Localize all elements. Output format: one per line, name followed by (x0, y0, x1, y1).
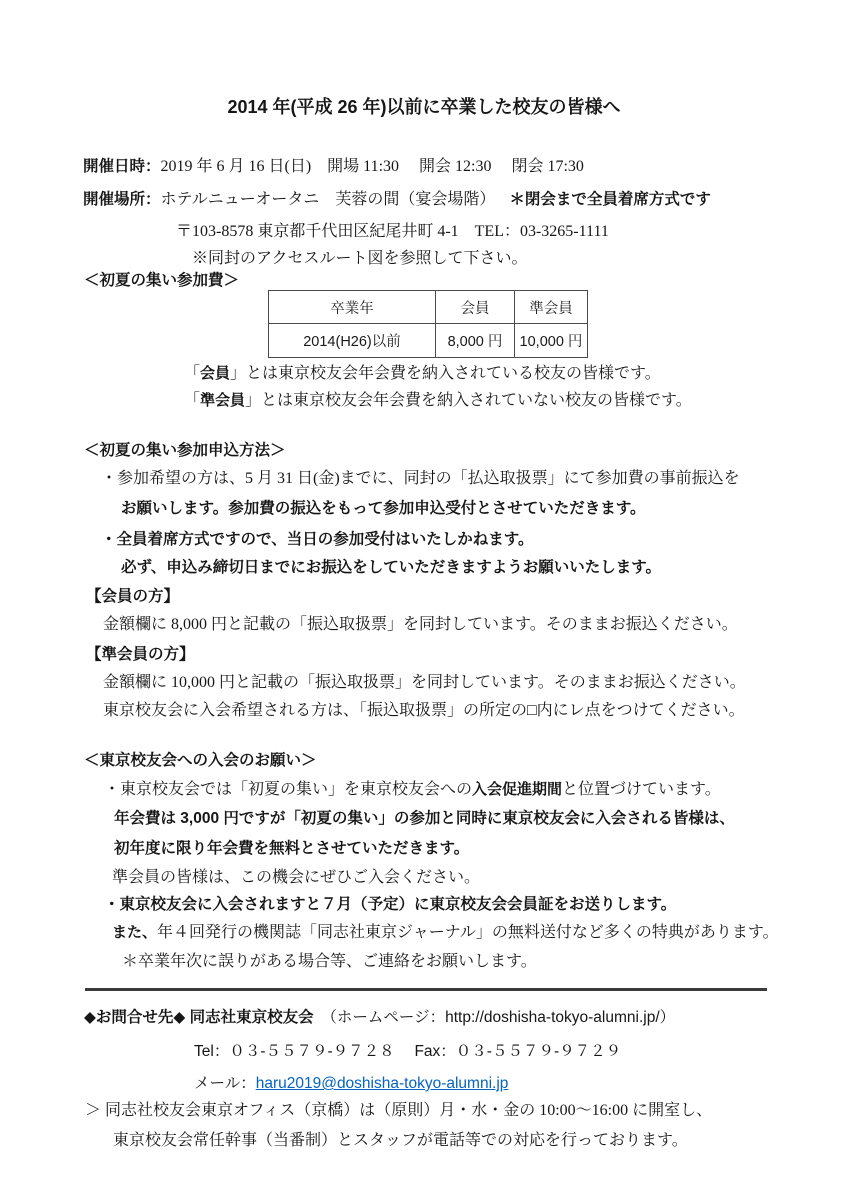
join-line-3: 初年度に限り年会費を無料とさせていただきます。 (114, 839, 469, 858)
join-line-6-rest: 年４回発行の機関誌「同志社東京ジャーナル」の無料送付など多くの特典があります。 (157, 924, 779, 941)
apply-section-heading: ＜初夏の集い参加申込方法＞ (84, 441, 286, 460)
join-section-heading: ＜東京校友会への入会のお願い＞ (84, 751, 317, 770)
office-hours-line-2: 東京校友会常任幹事（当番制）とスタッフが電話等での対応を行っております。 (113, 1131, 688, 1151)
contact-label: ◆お問合せ先◆ 同志社東京校友会 (84, 1009, 314, 1026)
fee-cell-graduation-year: 2014(H26)以前 (269, 324, 436, 358)
fee-section-heading: ＜初夏の集い参加費＞ (84, 271, 239, 290)
page-title: 2014 年(平成 26 年)以前に卒業した校友の皆様へ (0, 96, 848, 119)
event-seating-note: ＊閉会まで全員着席方式です (509, 191, 711, 208)
join-line-2: 年会費は 3,000 円ですが「初夏の集い」の参加と同時に東京校友会に入会される… (114, 809, 735, 828)
event-datetime-line: 開催日時：2019 年 6 月 16 日(日) 開場 11:30 開会 12:3… (83, 157, 584, 177)
event-place-line: 開催場所：ホテルニューオータニ 芙蓉の間（宴会場階）＊閉会まで全員着席方式です (83, 190, 711, 210)
event-place-value: ホテルニューオータニ 芙蓉の間（宴会場階） (161, 191, 496, 208)
member-body: 金額欄に 8,000 円と記載の「振込取扱票」を同封しています。そのままお振込く… (103, 615, 738, 635)
horizontal-divider (85, 988, 767, 991)
fee-table-header-member: 会員 (436, 291, 515, 324)
apply-line-1: ・参加希望の方は、5 月 31 日(金)までに、同封の「払込取扱票」にて参加費の… (101, 469, 740, 489)
join-line-7: ＊卒業年次に誤りがある場合等、ご連絡をお願いします。 (122, 952, 537, 972)
event-datetime-value: 2019 年 6 月 16 日(日) 開場 11:30 開会 12:30 閉会 … (161, 158, 584, 175)
fee-cell-member-price: 8,000 円 (436, 324, 515, 358)
apply-line-2: お願いします。参加費の振込をもって参加申込受付とさせていただきます。 (121, 499, 646, 518)
associate-def-bracket: 「 (184, 392, 200, 409)
join-line-1: ・東京校友会では「初夏の集い」を東京校友会への入会促進期間と位置づけています。 (104, 780, 721, 800)
apply-line-4: 必ず、申込み締切日までにお振込をしていただきますようお願いいたします。 (121, 558, 661, 577)
event-datetime-label: 開催日時： (83, 158, 161, 175)
join-line-1-emphasis: 入会促進期間 (472, 781, 562, 798)
event-address: 〒103-8578 東京都千代田区紀尾井町 4-1 TEL：03-3265-11… (176, 222, 609, 242)
fee-table-header-graduation-year: 卒業年 (269, 291, 436, 324)
member-def-bracket: 「 (184, 365, 200, 382)
associate-def-rest: 」とは東京校友会年会費を納入されていない校友の皆様です。 (245, 392, 692, 409)
member-subheading: 【会員の方】 (86, 587, 179, 606)
contact-homepage: （ホームページ：http://doshisha-tokyo-alumni.jp/… (314, 1009, 675, 1026)
fee-table-header-associate: 準会員 (515, 291, 588, 324)
apply-line-3: ・全員着席方式ですので、当日の参加受付はいたしかねます。 (101, 530, 533, 549)
contact-mail-line: メール：haru2019@doshisha-tokyo-alumni.jp (194, 1074, 508, 1094)
event-place-label: 開催場所： (83, 191, 161, 208)
join-line-1-post: と位置づけています。 (562, 781, 721, 798)
join-line-6: また、年４回発行の機関誌「同志社東京ジャーナル」の無料送付など多くの特典がありま… (112, 923, 779, 943)
contact-telfax: Tel：０３-５５７９-９７２８ Fax：０３-５５７９-９７２９ (194, 1042, 621, 1061)
event-access-note: ※同封のアクセスルート図を参照して下さい。 (192, 249, 528, 269)
member-def-rest: 」とは東京校友会年会費を納入されている校友の皆様です。 (230, 365, 661, 382)
associate-subheading: 【準会員の方】 (86, 645, 195, 664)
fee-table: 卒業年 会員 準会員 2014(H26)以前 8,000 円 10,000 円 (268, 290, 588, 358)
office-hours-line-1: ＞ 同志社校友会東京オフィス（京橋）は（原則）月・水・金の 10:00～16:0… (85, 1101, 712, 1121)
associate-body-1: 金額欄に 10,000 円と記載の「振込取扱票」を同封しています。そのままお振込… (103, 673, 746, 693)
member-definition: 「会員」とは東京校友会年会費を納入されている校友の皆様です。 (184, 364, 661, 384)
join-line-6-emphasis: また、 (112, 924, 157, 941)
member-def-term: 会員 (200, 365, 230, 382)
document-page: 2014 年(平成 26 年)以前に卒業した校友の皆様へ 開催日時：2019 年… (0, 0, 848, 1200)
contact-line: ◆お問合せ先◆ 同志社東京校友会 （ホームページ：http://doshisha… (84, 1008, 675, 1028)
fee-table-data-row: 2014(H26)以前 8,000 円 10,000 円 (269, 324, 588, 358)
fee-table-header-row: 卒業年 会員 準会員 (269, 291, 588, 324)
fee-cell-associate-price: 10,000 円 (515, 324, 588, 358)
associate-def-term: 準会員 (200, 392, 245, 409)
associate-body-2: 東京校友会に入会希望される方は、「振込取扱票」の所定の□内にレ点をつけてください… (103, 701, 745, 721)
contact-mail-label: メール： (194, 1075, 256, 1092)
join-line-4: 準会員の皆様は、この機会にぜひご入会ください。 (112, 868, 480, 888)
join-line-1-pre: ・東京校友会では「初夏の集い」を東京校友会への (104, 781, 472, 798)
join-line-5: ・東京校友会に入会されますと７月（予定）に東京校友会会員証をお送りします。 (104, 895, 676, 914)
associate-definition: 「準会員」とは東京校友会年会費を納入されていない校友の皆様です。 (184, 391, 692, 411)
contact-email-link[interactable]: haru2019@doshisha-tokyo-alumni.jp (256, 1075, 509, 1092)
